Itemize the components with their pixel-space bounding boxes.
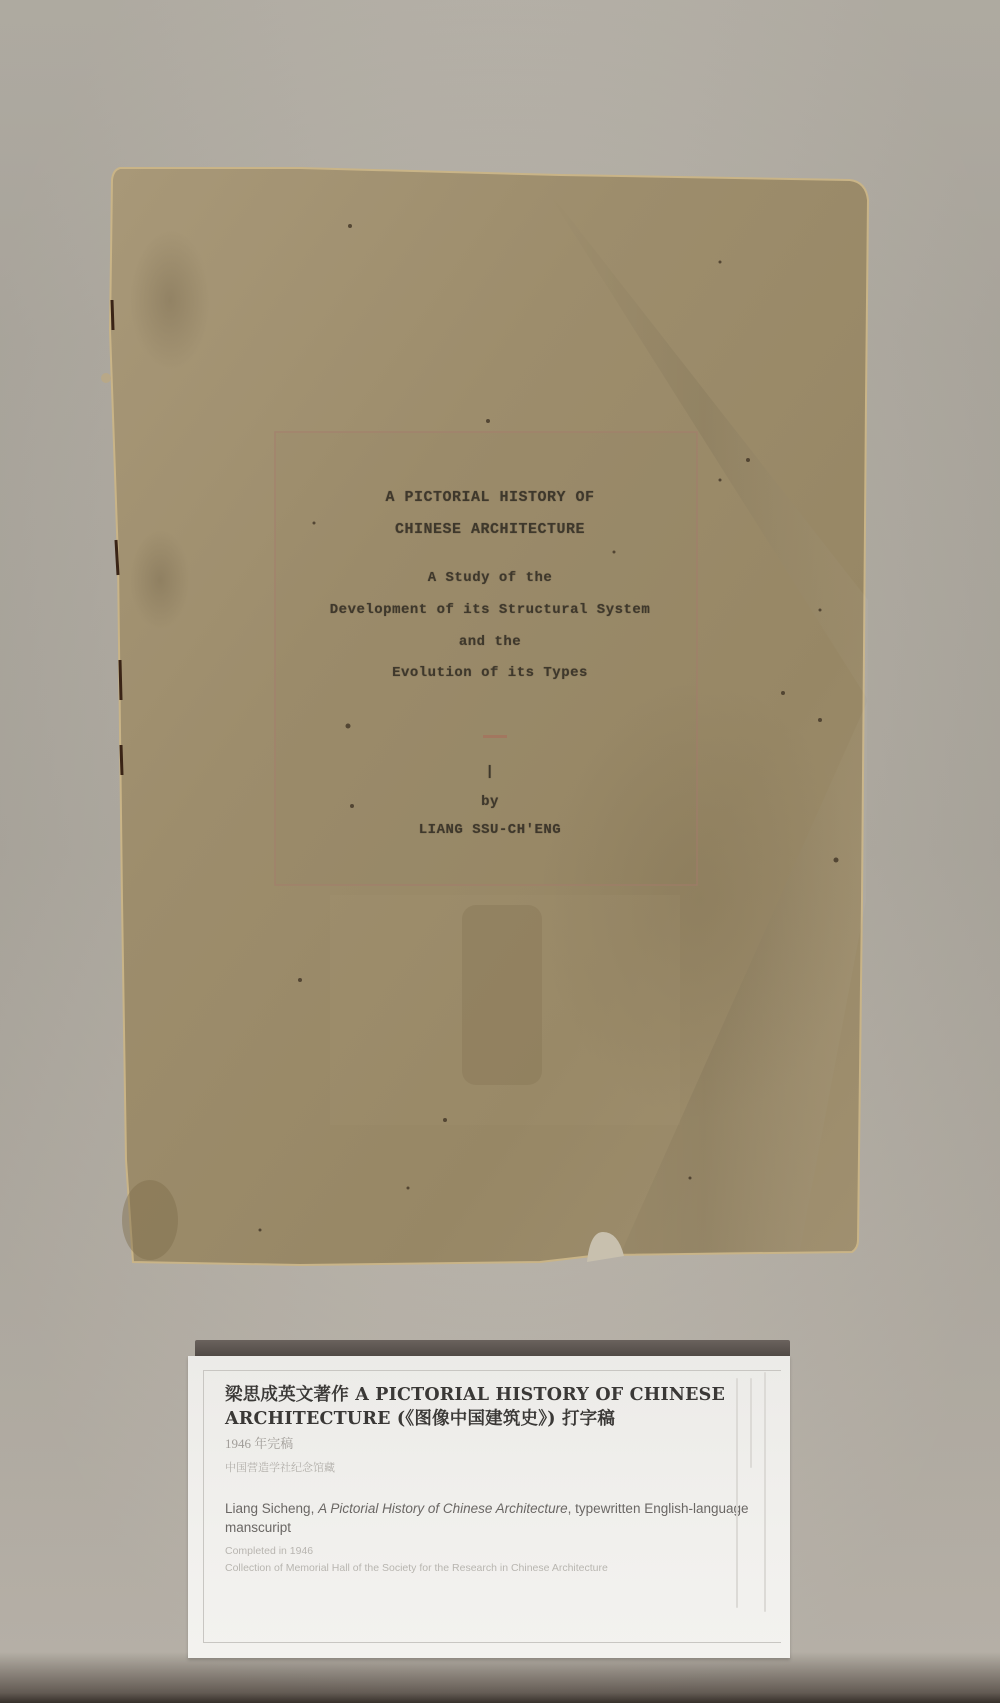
label-chinese-collection: 中国营造学社纪念馆藏	[225, 1459, 335, 1475]
subtitle-text-4: Evolution of its Types	[0, 665, 990, 681]
label-side-faint-text	[728, 1368, 778, 1638]
label-english-collection: Collection of Memorial Hall of the Socie…	[225, 1562, 765, 1574]
label-english-date: Completed in 1946	[225, 1545, 313, 1557]
label-english-author: Liang Sicheng,	[225, 1501, 318, 1516]
title-text-1: A PICTORIAL HISTORY OF	[0, 489, 990, 506]
author-text: LIANG SSU-CH'ENG	[0, 822, 990, 838]
label-chinese-date: 1946 年完稿	[225, 1433, 293, 1452]
by-text: by	[0, 794, 990, 810]
label-chinese-title: 梁思成英文著作 A PICTORIAL HISTORY OF CHINESE A…	[225, 1383, 765, 1431]
mark-text: |	[0, 764, 990, 780]
title-text-2: CHINESE ARCHITECTURE	[0, 521, 990, 538]
label-english-title: Liang Sicheng, A Pictorial History of Ch…	[225, 1499, 765, 1537]
label-english-work: A Pictorial History of Chinese Architect…	[318, 1501, 568, 1516]
subtitle-text-3: and the	[0, 634, 990, 650]
exhibit-label-card: 梁思成英文著作 A PICTORIAL HISTORY OF CHINESE A…	[188, 1356, 790, 1658]
subtitle-text-2: Development of its Structural System	[0, 602, 990, 618]
subtitle-text-1: A Study of the	[0, 570, 990, 586]
